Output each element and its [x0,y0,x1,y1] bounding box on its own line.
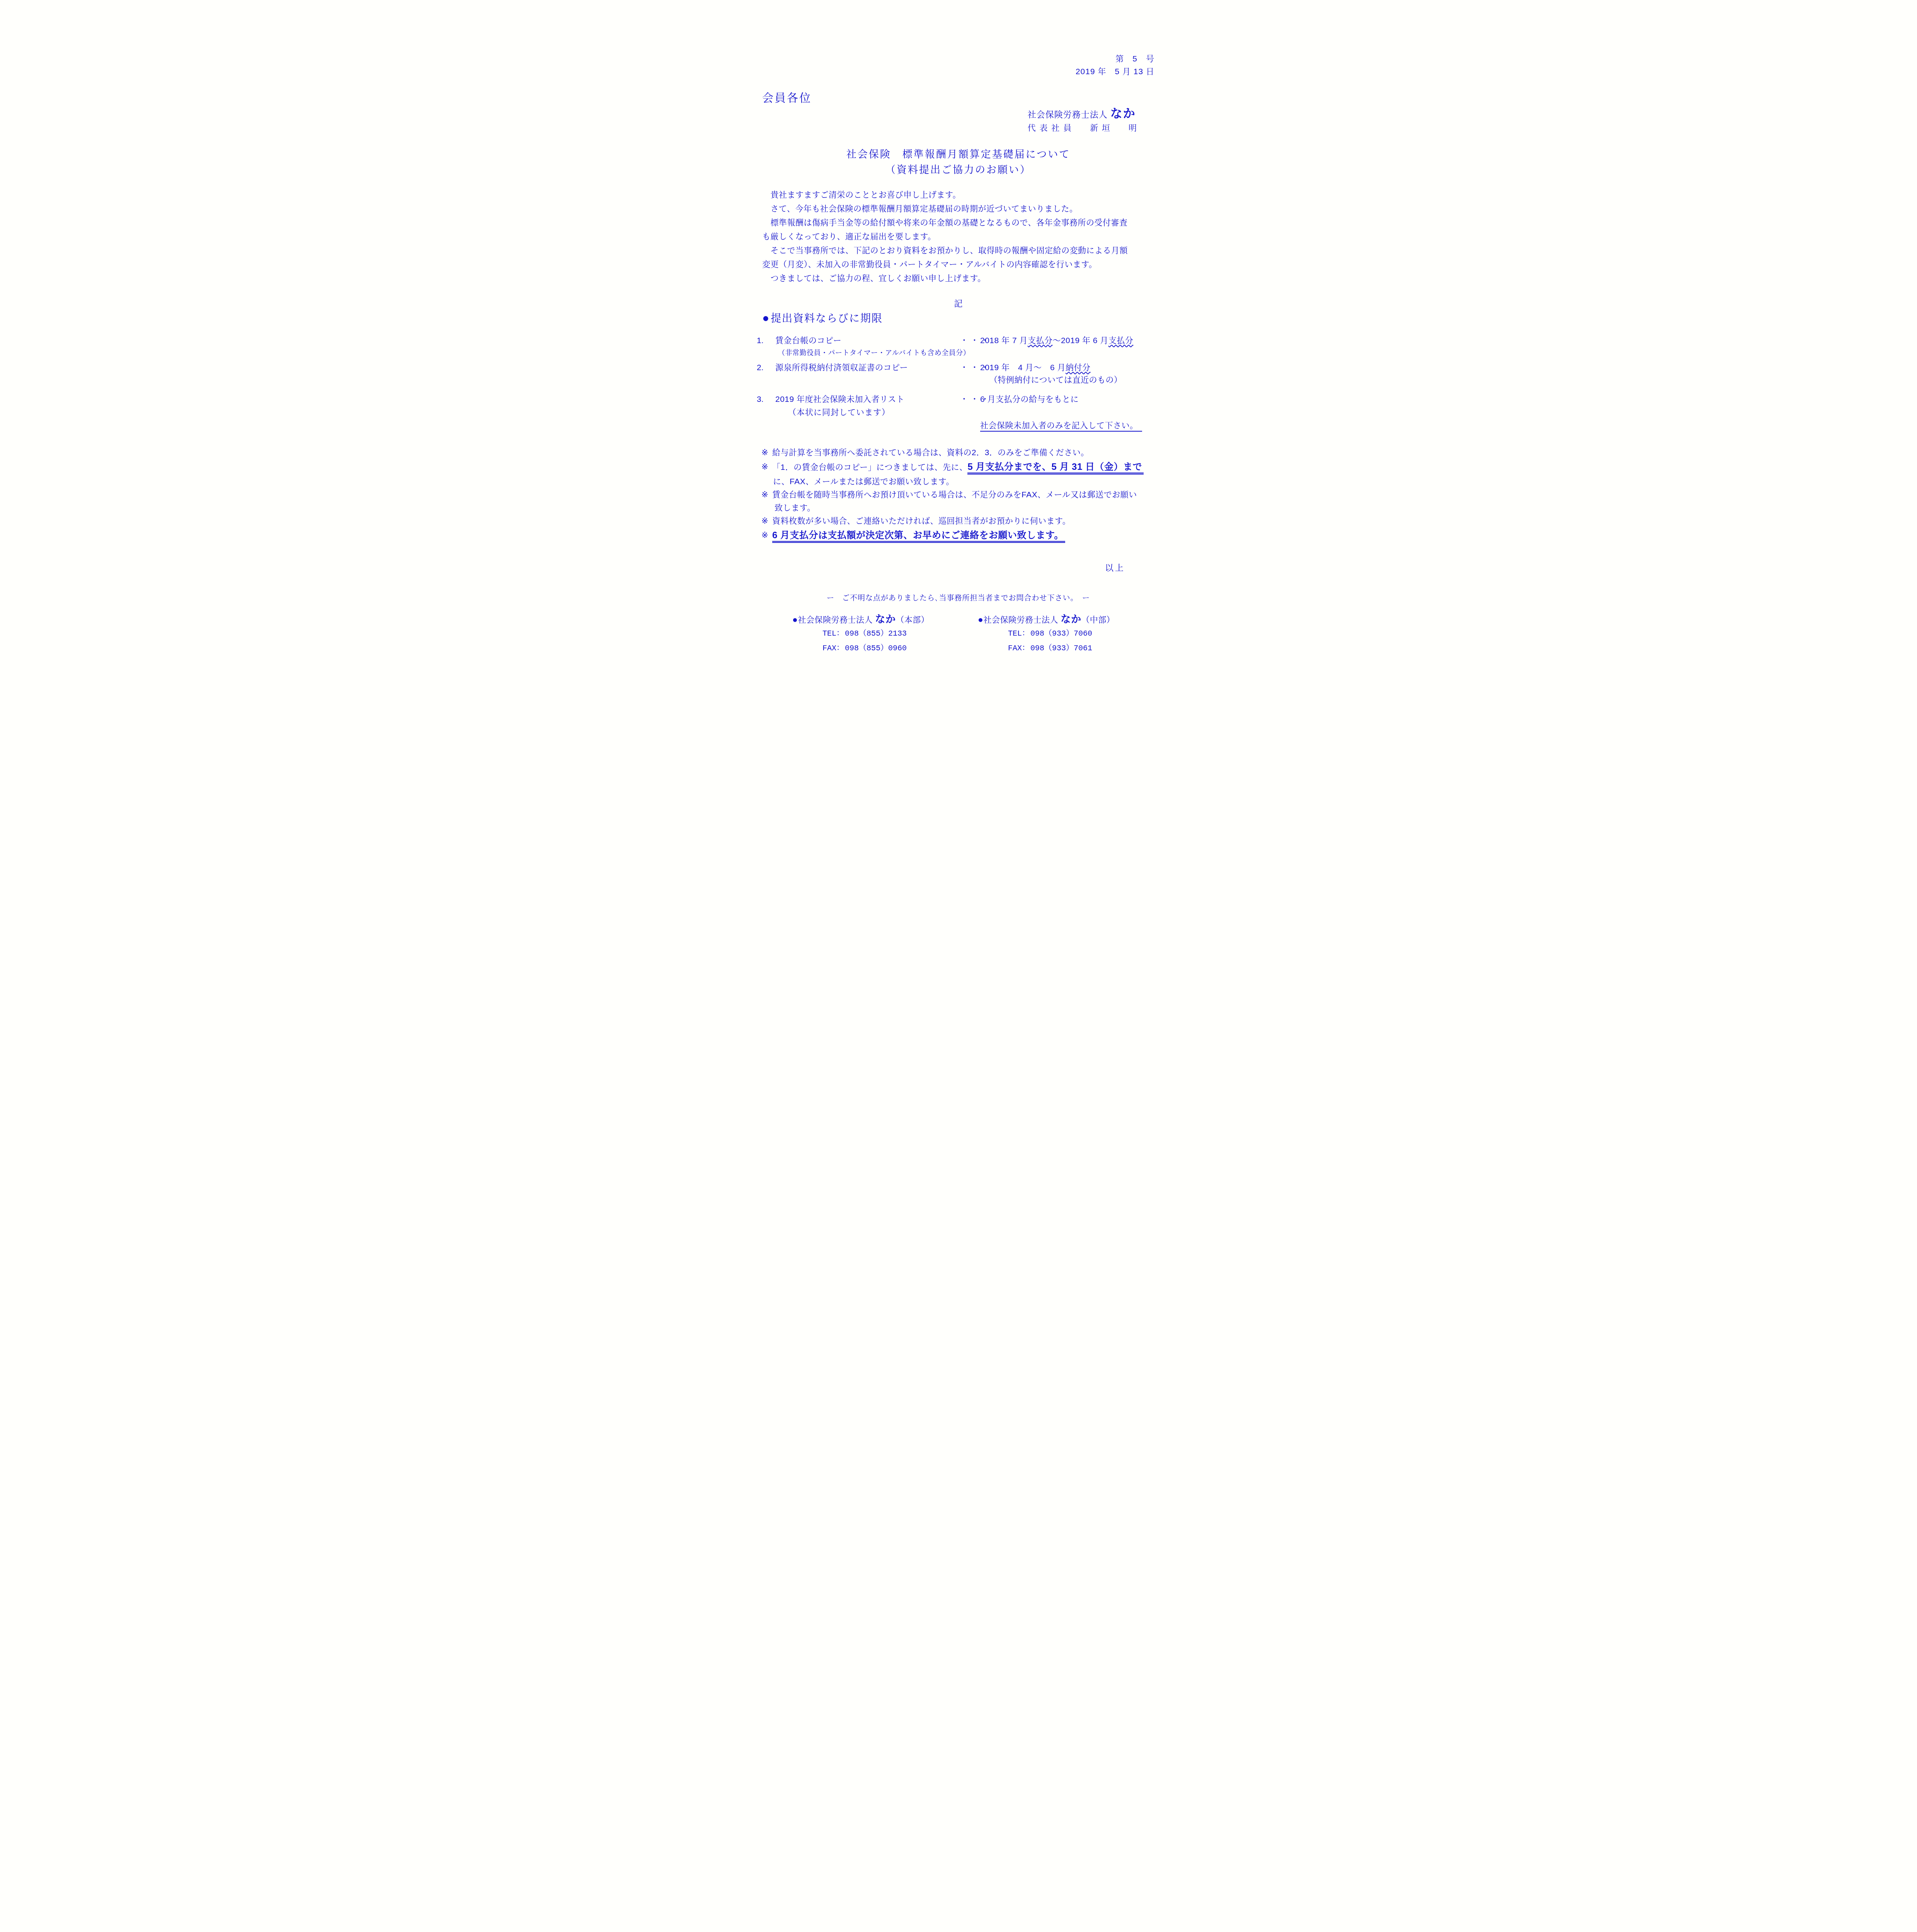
bullet-icon: ● [762,313,770,324]
section-heading-row: ● 提出資料ならびに期限 [762,311,1154,326]
recipient: 会員各位 [762,92,1154,105]
fax-line: FAX：098（855）0960 [822,641,958,656]
closing-marker: 以上 [762,562,1154,574]
body-line: 標準報酬は傷病手当金等の給付額や将来の年金額の基礎となるもので、各年金事務所の受… [762,216,1154,230]
page-subtitle: （資料提出ご協力のお願い） [762,162,1154,177]
item-value: 2019 年 4 月～ 6 月納付分 [980,361,1154,374]
body-block: 貴社ますますご清栄のこととお喜び申し上げます。 さて、今年も社会保険の標準報酬月… [762,188,1154,286]
tel-number: 098（933）7060 [1030,629,1092,638]
contact-block-honbu: ●社会保険労務士法人 なか（本部） TEL：098（855）2133 FAX：0… [792,612,958,656]
tel-label: TEL： [822,627,845,641]
reference-mark: ※ [761,446,772,459]
item-number: 1. [757,334,775,347]
contact-block-chubu: ●社会保険労務士法人 なか（中部） TEL：098（933）7060 FAX：0… [978,612,1144,656]
contact-org: 社会保険労務士法人 [983,616,1058,624]
item-number: 3. [757,393,775,406]
tel-line: TEL：098（933）7060 [1008,627,1144,641]
item-value: 2018 年 7 月支払分～2019 年 6 月支払分 [980,334,1154,347]
note: ※ 6 月支払分は支払額が決定次第、お早めにご連絡をお願い致します。 [761,528,1154,544]
note-continuation: に、FAX、メールまたは郵送でお願い致します。 [773,475,1154,488]
inquiry-line: ー ご不明な点がありましたら､当事務所担当者までお問合わせ下さい。 ー [762,593,1154,604]
bullet-icon: ● [792,614,798,624]
note-continuation: 致します。 [775,502,1154,515]
reference-mark: ※ [761,459,772,475]
value-segment-wavy: 支払分 [1108,336,1134,345]
note-text: 資料枚数が多い場合、ご連絡いただければ、巡回担当者がお預かりに伺います。 [772,515,1154,528]
note: ※ 給与計算を当事務所へ委託されている場合は、資料の2．3．のみをご準備ください… [761,446,1154,459]
note-text: 6 月支払分は支払額が決定次第、お早めにご連絡をお願い致します。 [772,528,1154,544]
letter-page: 第 5 号 2019 年 5 月 13 日 会員各位 社会保険労務士法人 なか … [719,0,1198,678]
contacts-row: ●社会保険労務士法人 なか（本部） TEL：098（855）2133 FAX：0… [792,612,1154,656]
note-text: 賃金台帳を随時当事務所へお預け頂いている場合は、不足分のみをFAX、メール又は郵… [772,488,1154,502]
contact-name: なか [1061,613,1081,625]
body-line: さて、今年も社会保険の標準報酬月額算定基礎届の時期が近づいてまいりました。 [762,202,1154,216]
item-label: 2019 年度社会保険未加入者リスト [775,393,960,406]
value-segment: 2018 年 7 月 [980,336,1028,345]
fax-label: FAX： [822,641,845,656]
contact-org: 社会保険労務士法人 [798,616,873,624]
tel-number: 098（855）2133 [845,629,907,638]
dots-separator: ・・・ [960,393,980,406]
item-value: 6 月支払分の給与をもとに [980,393,1154,406]
tel-label: TEL： [1008,627,1030,641]
contact-header: ●社会保険労務士法人 なか（中部） [978,612,1144,627]
contact-branch: （中部） [1081,616,1115,624]
body-line: つきましては、ご協力の程、宜しくお願い申し上げます。 [762,272,1154,286]
body-line: 変更（月変）、未加入の非常勤役員・パートタイマー・アルバイトの内容確認を行います… [762,258,1154,272]
sender-org: 社会保険労務士法人 [1028,110,1108,119]
fax-label: FAX： [1008,641,1030,656]
sender-block: 社会保険労務士法人 なか 代 表 社 員 新 垣 明 [1028,107,1137,134]
bullet-icon: ● [978,614,983,624]
item-label: 源泉所得税納付済領収証書のコピー [775,361,960,374]
note-text: 「1．の賃金台帳のコピー」につきましては、先に、5 月支払分までを、5 月 31… [772,459,1154,475]
body-line: 貴社ますますご清栄のこととお喜び申し上げます。 [762,188,1154,202]
reference-mark: ※ [761,488,772,502]
dots-separator: ・・・ [960,361,980,374]
item-value-note: （特例納付については直近のもの） [989,374,1154,386]
reference-mark: ※ [761,528,772,544]
item-number: 2. [757,361,775,374]
reference-mark: ※ [761,515,772,528]
dots-separator: ・・・ [960,334,980,347]
page-title: 社会保険 標準報酬月額算定基礎届について [762,146,1154,162]
fax-number: 098（933）7061 [1030,644,1092,653]
sender-name: なか [1110,107,1136,120]
item-sub-note: （非常勤役員・パートタイマー・アルバイトも含め全員分） [778,347,1154,358]
section-heading: 提出資料ならびに期限 [771,311,883,326]
value-segment: ～2019 年 6 月 [1052,336,1108,345]
note: ※ 資料枚数が多い場合、ご連絡いただければ、巡回担当者がお預かりに伺います。 [761,515,1154,528]
doc-date: 2019 年 5 月 13 日 [762,65,1154,78]
contact-branch: （本部） [896,616,929,624]
title-block: 社会保険 標準報酬月額算定基礎届について （資料提出ご協力のお願い） [762,146,1154,177]
body-line: そこで当事務所では、下記のとおり資料をお預かりし、取得時の報酬や固定給の変動によ… [762,244,1154,258]
list-item-1: 1. 賃金台帳のコピー ・・・ 2018 年 7 月支払分～2019 年 6 月… [757,334,1154,347]
record-marker: 記 [762,298,1154,310]
note: ※ 賃金台帳を随時当事務所へお預け頂いている場合は、不足分のみをFAX、メール又… [761,488,1154,502]
document-meta: 第 5 号 2019 年 5 月 13 日 [762,53,1154,78]
sender-representative: 代 表 社 員 新 垣 明 [1028,122,1137,134]
body-line: も厳しくなっており、適正な届出を要します。 [762,230,1154,244]
notes-block: ※ 給与計算を当事務所へ委託されている場合は、資料の2．3．のみをご準備ください… [761,446,1154,544]
contact-name: なか [875,613,896,625]
note-text: 給与計算を当事務所へ委託されている場合は、資料の2．3．のみをご準備ください。 [772,446,1154,459]
item-label: 賃金台帳のコピー [775,334,960,347]
list-item-2: 2. 源泉所得税納付済領収証書のコピー ・・・ 2019 年 4 月～ 6 月納… [757,361,1154,374]
underlined-instruction: 社会保険未加入者のみを記入して下さい。 [980,421,1142,432]
note-emphasis: 5 月支払分までを、5 月 31 日（金）まで [967,462,1144,474]
value-segment-wavy: 支払分 [1028,336,1053,345]
item-sub-note: （本状に同封しています） [788,406,890,419]
contact-header: ●社会保険労務士法人 なか（本部） [792,612,958,627]
list-item-3-sub: （本状に同封しています） [757,406,1154,419]
note: ※ 「1．の賃金台帳のコピー」につきましては、先に、5 月支払分までを、5 月 … [761,459,1154,475]
sender-org-line: 社会保険労務士法人 なか [1028,107,1137,122]
fax-line: FAX：098（933）7061 [1008,641,1144,656]
list-item-3: 3. 2019 年度社会保険未加入者リスト ・・・ 6 月支払分の給与をもとに [757,393,1154,406]
fax-number: 098（855）0960 [845,644,907,653]
value-segment-wavy: 納付分 [1066,363,1091,372]
note-emphasis: 6 月支払分は支払額が決定次第、お早めにご連絡をお願い致します。 [772,530,1065,543]
doc-number: 第 5 号 [762,53,1154,65]
value-segment: 2019 年 4 月～ 6 月 [980,363,1066,372]
tel-line: TEL：098（855）2133 [822,627,958,641]
submission-items: 1. 賃金台帳のコピー ・・・ 2018 年 7 月支払分～2019 年 6 月… [757,334,1154,432]
note-segment: 「1．の賃金台帳のコピー」につきましては、先に、 [772,463,967,472]
item-value-line2: 社会保険未加入者のみを記入して下さい。 [980,419,1154,432]
